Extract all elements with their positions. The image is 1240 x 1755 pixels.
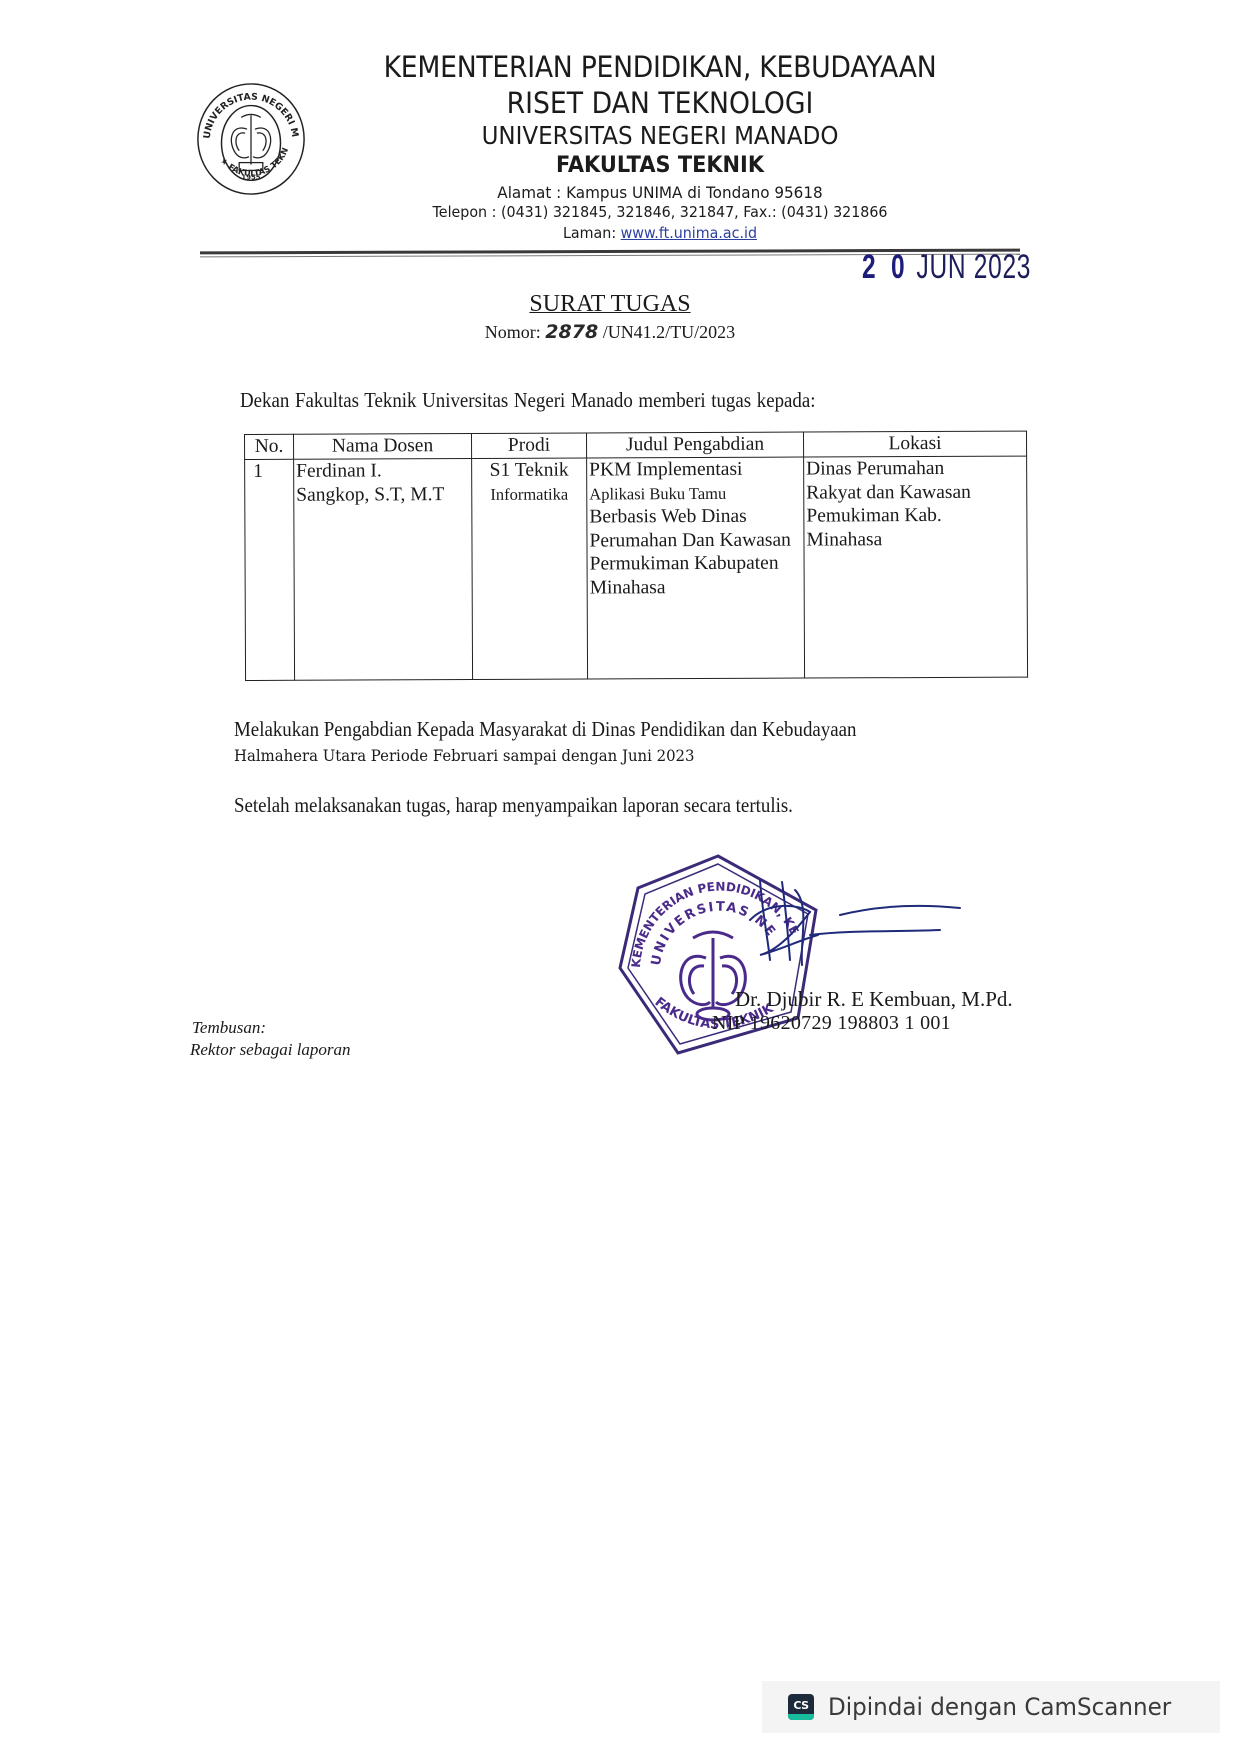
number-suffix: /UN41.2/TU/2023 [598,322,735,342]
number-label: Nomor: [485,322,546,342]
website-label: Laman: [563,224,621,242]
report-instruction: Setelah melaksanakan tugas, harap menyam… [234,793,793,818]
assignment-table: No. Nama Dosen Prodi Judul Pengabdian Lo… [244,431,1028,681]
header-lokasi: Lokasi [803,431,1026,457]
date-stamp-day: 2 0 [862,248,909,286]
camscanner-watermark: CS Dipindai dengan CamScanner [762,1681,1220,1733]
signatory-name: Dr. Djubir R. E Kembuan, M.Pd. [735,987,1013,1012]
website-line: Laman: www.ft.unima.ac.id [318,224,1002,242]
cell-nama: Ferdinan I. Sangkop, S.T, M.T [294,459,473,681]
camscanner-text: Dipindai dengan CamScanner [828,1693,1171,1721]
header-judul-pengabdian: Judul Pengabdian [586,432,803,458]
camscanner-logo-text: CS [793,1699,808,1712]
faculty-name: FAKULTAS TEKNIK [318,153,1002,178]
signatory-nip: NIP 19620729 198803 1 001 [712,1012,951,1035]
cell-nama-line: Sangkop, S.T, M.T [296,483,469,507]
signature-scribble [740,880,980,970]
cell-judul-line: Perumahan Dan Kawasan [589,528,801,552]
address: Alamat : Kampus UNIMA di Tondano 95618 [318,183,1002,202]
date-stamp: 2 0 JUN 2023 [862,248,1031,287]
camscanner-logo-icon: CS [788,1694,814,1720]
cell-prodi-line: Informatika [474,482,584,506]
ministry-name: KEMENTERIAN PENDIDIKAN, KEBUDAYAAN [329,50,991,84]
university-emblem-icon: UNIVERSITAS NEGERI MANADO ★ FAKULTAS TEK… [192,80,310,198]
svg-text:UNIVERSITAS NEGERI MANADO: UNIVERSITAS NEGERI MANADO [192,80,300,139]
intro-text: Dekan Fakultas Teknik Universitas Negeri… [240,388,816,413]
number-handwritten: 2878 [545,321,598,343]
cell-judul-line: Aplikasi Buku Tamu [589,481,801,505]
cell-nama-line: Ferdinan I. [296,459,469,483]
ministry-name-line2: RISET DAN TEKNOLOGI [329,86,991,120]
cell-lokasi-line: Minahasa [806,527,1024,551]
date-stamp-month-year: JUN 2023 [917,248,1032,286]
university-name: UNIVERSITAS NEGERI MANADO [329,121,991,150]
document-number: Nomor: 2878 /UN41.2/TU/2023 [420,321,800,343]
task-description: Melakukan Pengabdian Kepada Masyarakat d… [234,717,856,742]
cell-no: 1 [245,459,295,680]
table-row: 1 Ferdinan I. Sangkop, S.T, M.T S1 Tekni… [245,456,1028,680]
cc-item: Rektor sebagai laporan [190,1040,351,1060]
cell-prodi-line: S1 Teknik [474,459,584,483]
cell-judul-line: Berbasis Web Dinas [589,505,801,529]
cell-lokasi-line: Dinas Perumahan [806,457,1024,481]
table-header-row: No. Nama Dosen Prodi Judul Pengabdian Lo… [245,431,1027,459]
cell-judul-line: Permukiman Kabupaten [590,552,802,576]
cc-label: Tembusan: [192,1018,266,1038]
phone-fax: Telepon : (0431) 321845, 321846, 321847,… [318,203,1002,221]
cell-lokasi-line: Pemukiman Kab. [806,504,1024,528]
cell-prodi: S1 Teknik Informatika [472,458,588,679]
cell-judul-line: Minahasa [590,575,802,599]
cell-lokasi: Dinas Perumahan Rakyat dan Kawasan Pemuk… [804,456,1028,678]
cell-judul-line: PKM Implementasi [589,458,801,482]
header-prodi: Prodi [472,433,587,459]
document-title-text: SURAT TUGAS [529,291,690,317]
header-no: No. [245,434,294,459]
cell-lokasi-line: Rakyat dan Kawasan [806,480,1024,504]
header-nama-dosen: Nama Dosen [294,434,472,460]
document-title: SURAT TUGAS [420,291,800,318]
cell-judul: PKM Implementasi Aplikasi Buku Tamu Berb… [587,457,805,679]
task-description-line2: Halmahera Utara Periode Februari sampai … [234,746,694,765]
website-link[interactable]: www.ft.unima.ac.id [621,224,757,242]
svg-text:1955: 1955 [241,173,260,181]
